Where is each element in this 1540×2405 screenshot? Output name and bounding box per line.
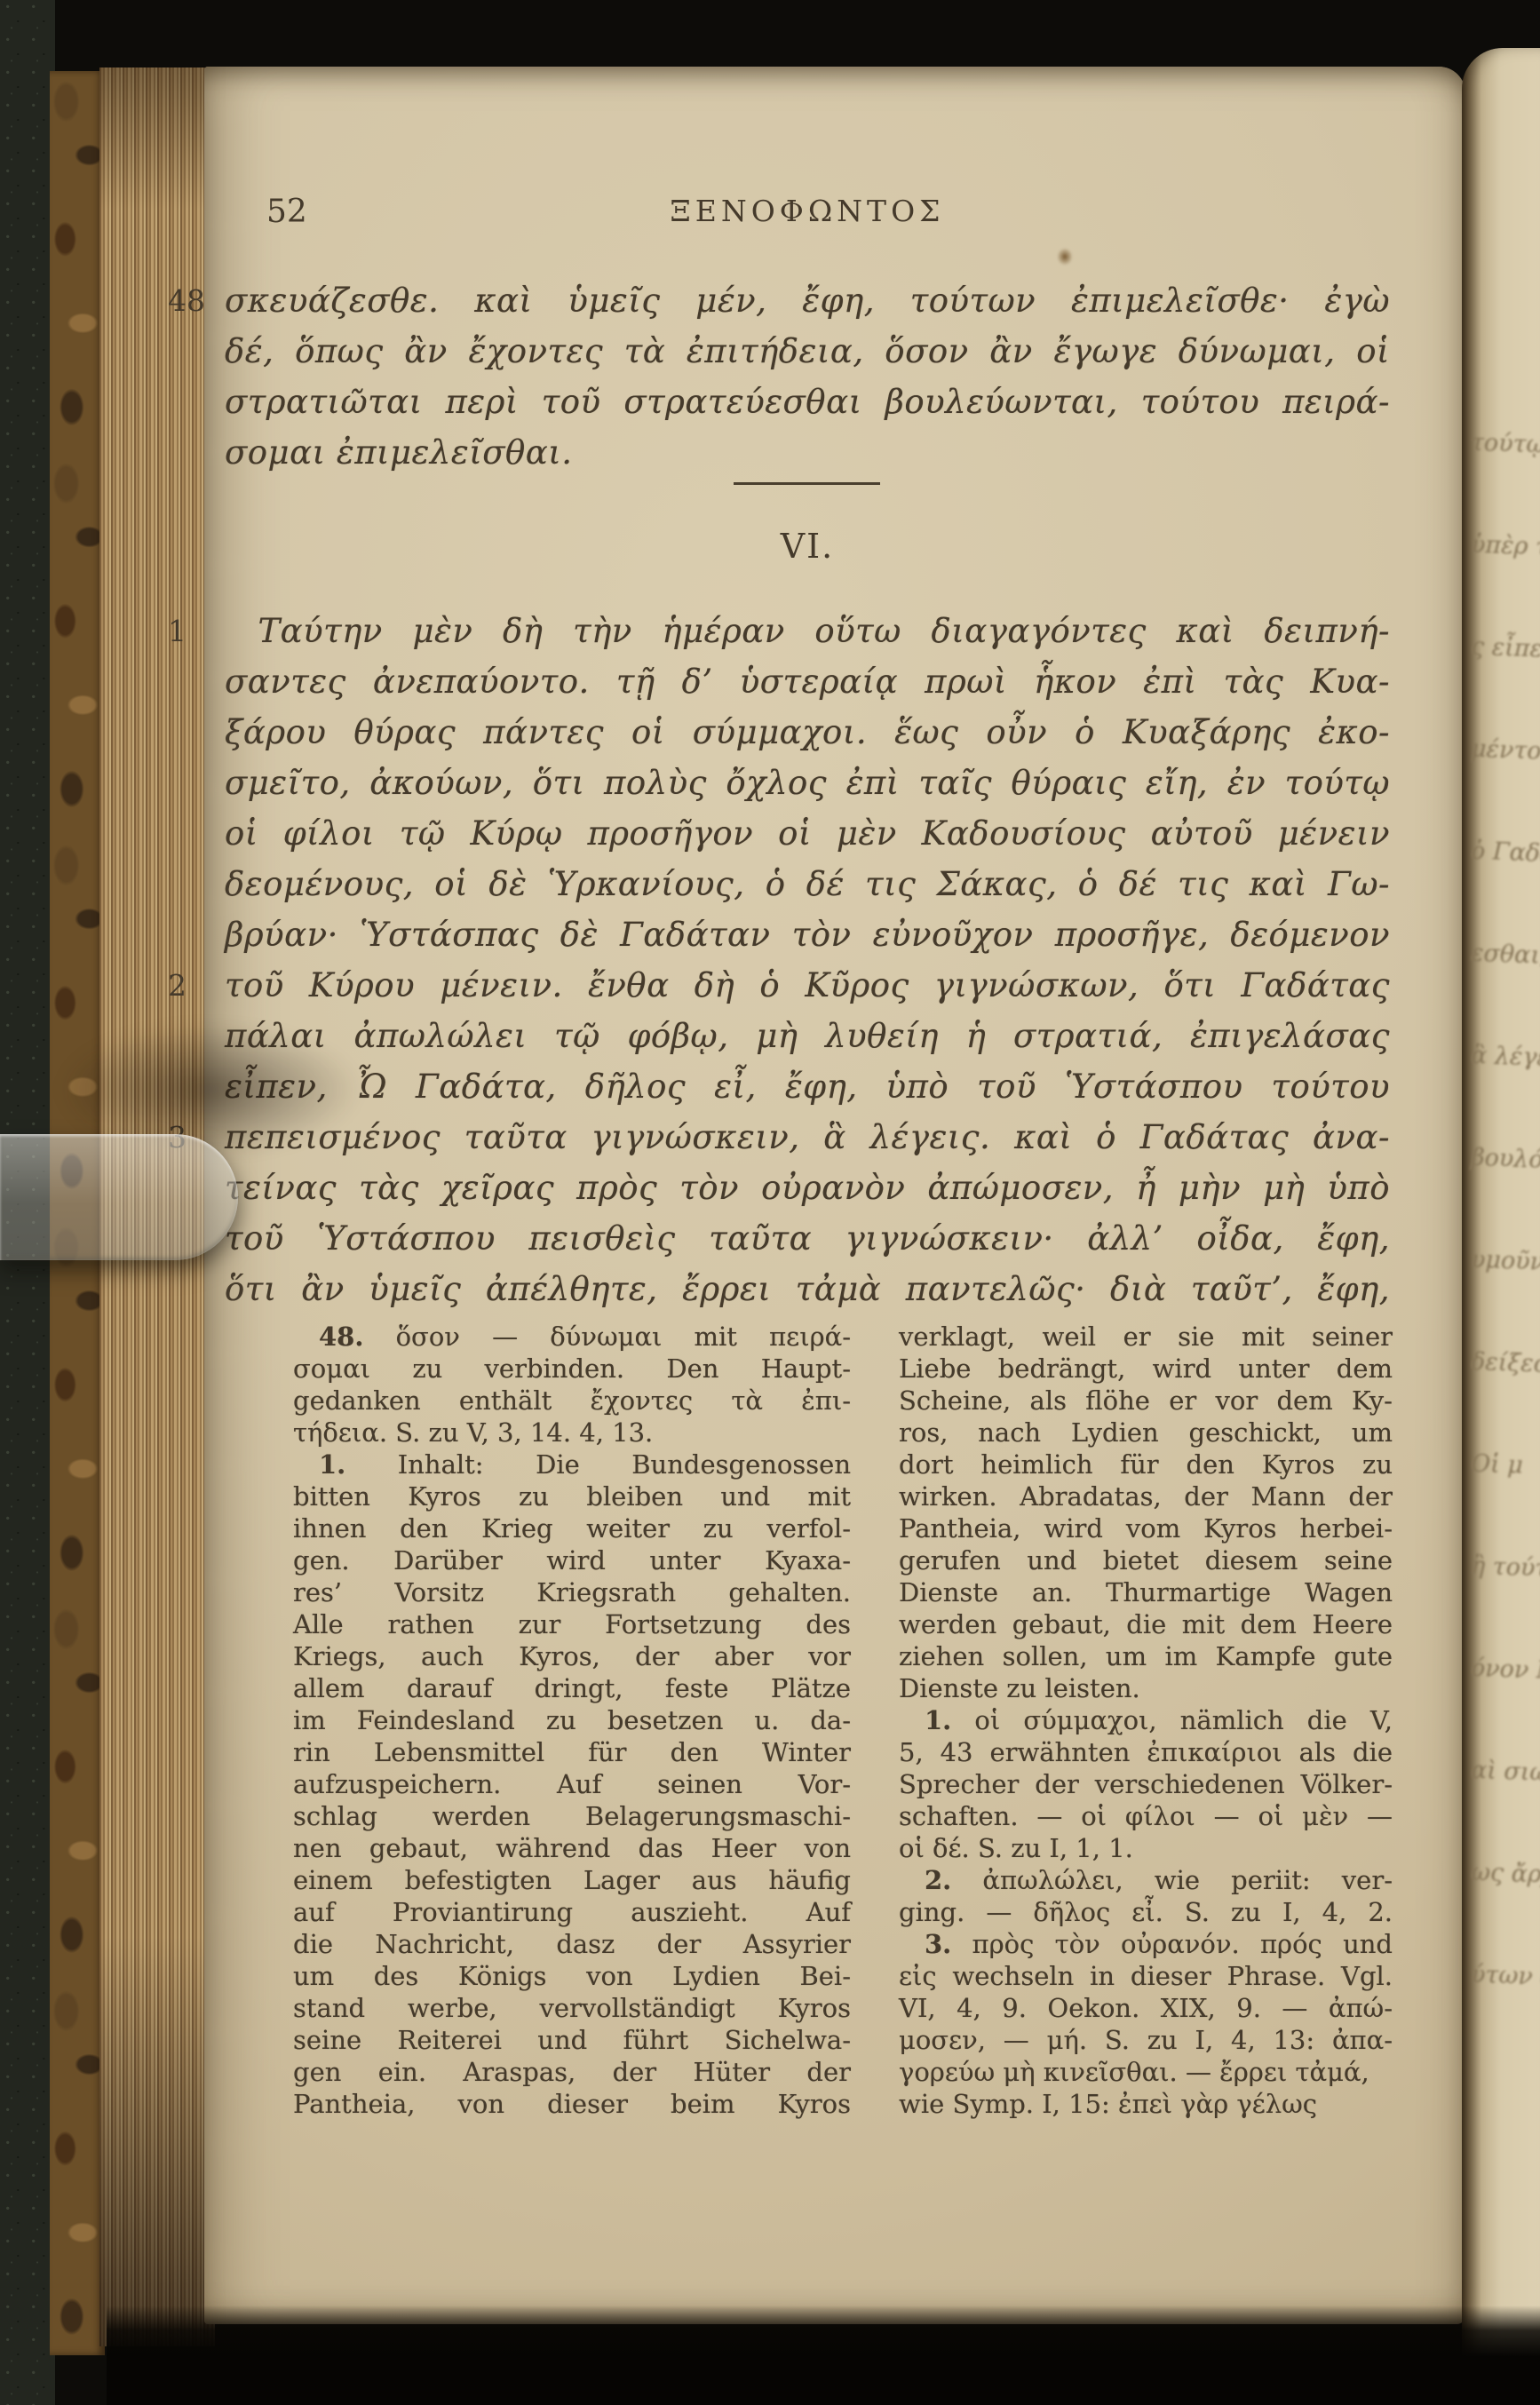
footnote-line: 2. ἀπωλώλει, wie periit: ver- xyxy=(899,1864,1393,1896)
footnote-line-text: ziehen sollen, um im Kampfe gute xyxy=(899,1641,1393,1671)
footnote-line: aufzuspeichern. Auf seinen Vor- xyxy=(293,1768,851,1800)
footnote-column-right: verklagt, weil er sie mit seiner Liebe b… xyxy=(899,1321,1393,2120)
footnote-line: 1. οἱ σύμμαχοι, nämlich die V, xyxy=(899,1704,1393,1736)
footnote-number: 3. xyxy=(899,1929,951,1959)
footnote-line: werden gebaut, die mit dem Heere xyxy=(899,1608,1393,1640)
footnote-line-text: οἱ σύμμαχοι, nämlich die V, xyxy=(951,1705,1393,1735)
footnote-line: 5, 43 erwähnten ἐπικαίριοι als die xyxy=(899,1736,1393,1768)
footnote-line-text: wie Symp. I, 15: ἐπεὶ γὰρ γέλως xyxy=(899,2089,1317,2119)
book-page: 52 ΞΕΝΟΦΩΝΤΟΣ 48σκευάζεσθε. καὶ ὑμεῖς μέ… xyxy=(204,67,1465,2324)
footnote-line-text: Pantheia, wird vom Kyros herbei- xyxy=(899,1513,1393,1544)
footnote-line: Scheine, als flöhe er vor dem Ky- xyxy=(899,1385,1393,1417)
greek-line-text: ξάρου θύρας πάντες οἱ σύμμαχοι. ἕως οὖν … xyxy=(225,713,1390,751)
footnote-line-text: wirken. Abradatas, der Mann der xyxy=(899,1481,1393,1512)
page-number: 52 xyxy=(266,194,307,230)
footnote-line-text: 5, 43 erwähnten ἐπικαίριοι als die xyxy=(899,1737,1393,1767)
facing-page-text-fragment: αὶ σιωπ xyxy=(1470,1757,1540,1787)
footnote-line: im Feindesland zu besetzen u. da- xyxy=(293,1704,851,1736)
facing-page-text-fragment: ὁ Γαδάτᾳ τ xyxy=(1470,837,1540,868)
footnote-line: 1. Inhalt: Die Bundesgenossen xyxy=(293,1449,851,1480)
footnote-line-text: ἀπωλώλει, wie periit: ver- xyxy=(951,1865,1393,1895)
footnote-line: stand werbe, vervollständigt Kyros xyxy=(293,1992,851,2024)
greek-line-text: σμεῖτο, ἀκούων, ὅτι πολὺς ὄχλος ἐπὶ ταῖς… xyxy=(225,764,1390,802)
footnote-line-text: γορεύω μὴ κινεῖσθαι. — ἔρρει τἀμά, xyxy=(899,2057,1369,2087)
facing-page-text: τούτῳ ἐγ ὑπὲρ τῆ ς εἶπεν, Ἀ μέντοι ὑ ὁ Γ… xyxy=(1462,48,1540,1989)
footnote-line: Sprecher der verschiedenen Völker- xyxy=(899,1768,1393,1800)
footnote-line-text: verklagt, weil er sie mit seiner xyxy=(899,1322,1393,1352)
footnote-line-text: σομαι zu verbinden. Den Haupt- xyxy=(293,1353,851,1384)
greek-text-line: πάλαι ἀπωλώλει τῷ φόβῳ, μὴ λυθείη ἡ στρα… xyxy=(225,1011,1390,1061)
greek-text-line: σομαι ἐπιμελεῖσθαι. xyxy=(225,427,1390,478)
footnote-line: gen. Darüber wird unter Kyaxa- xyxy=(293,1544,851,1576)
footnote-line-text: ros, nach Lydien geschickt, um xyxy=(899,1417,1393,1448)
footnote-line-text: stand werbe, vervollständigt Kyros xyxy=(293,1993,851,2023)
facing-page-text-fragment: δείξεσθ xyxy=(1470,1348,1540,1378)
footnote-line: οἱ δέ. S. zu I, 1, 1. xyxy=(899,1832,1393,1864)
footnote-line-text: rin Lebensmittel für den Winter xyxy=(293,1737,851,1767)
footnote-line-text: Scheine, als flöhe er vor dem Ky- xyxy=(899,1385,1393,1416)
footnote-line: auf Proviantirung auszieht. Auf xyxy=(293,1896,851,1928)
footnote-line: εἰς wechseln in dieser Phrase. Vgl. xyxy=(899,1960,1393,1992)
facing-page-text-fragment: ὑπὲρ τῆ xyxy=(1470,531,1540,561)
footnote-line-text: bitten Kyros zu bleiben und mit xyxy=(293,1481,851,1512)
facing-page-text-fragment: ἃ λέγεις; ἔ xyxy=(1470,1042,1540,1072)
footnote-line: schaften. — οἱ φίλοι — οἱ μὲν — xyxy=(899,1800,1393,1832)
footnote-line: VI, 4, 9. Oekon. XIX, 9. — ἀπώ- xyxy=(899,1992,1393,2024)
facing-page-text-fragment: τούτῳ ἐγ xyxy=(1470,429,1540,459)
greek-line-text: τοῦ Κύρου μένειν. ἔνθα δὴ ὁ Κῦρος γιγνώσ… xyxy=(225,966,1390,1004)
bottom-shadow xyxy=(107,2306,1540,2405)
footnote-line-text: Liebe bedrängt, wird unter dem xyxy=(899,1353,1393,1384)
margin-section-number: 48 xyxy=(168,275,214,326)
facing-page-text-fragment: υμοῦντα xyxy=(1470,1246,1540,1276)
footnote-line: einem befestigten Lager aus häufig xyxy=(293,1864,851,1896)
greek-line-text: δεομένους, οἱ δὲ Ὑρκανίους, ὁ δέ τις Σάκ… xyxy=(225,865,1390,903)
footnote-line: res’ Vorsitz Kriegsrath gehalten. xyxy=(293,1576,851,1608)
greek-text-line: οἱ φίλοι τῷ Κύρῳ προσῆγον οἱ μὲν Καδουσί… xyxy=(225,808,1390,859)
greek-line-text: σομαι ἐπιμελεῖσθαι. xyxy=(225,433,573,472)
footnote-line: τήδεια. S. zu V, 3, 14. 4, 13. xyxy=(293,1417,851,1449)
footnote-line-text: gen ein. Araspas, der Hüter der xyxy=(293,2057,851,2087)
greek-text-line: στρατιῶται περὶ τοῦ στρατεύεσθαι βουλεύω… xyxy=(225,377,1390,427)
footnote-line-text: ὅσον — δύνωμαι mit πειρά- xyxy=(363,1322,851,1352)
footnote-line-text: allem darauf dringt, feste Plätze xyxy=(293,1673,851,1703)
footnote-line: 3. πρὸς τὸν οὐρανόν. πρός und xyxy=(899,1928,1393,1960)
facing-page-text-fragment: μέντοι ὑ xyxy=(1470,735,1540,766)
transparent-page-holder-clip xyxy=(0,1134,238,1260)
footnote-line: Dienste an. Thurmartige Wagen xyxy=(899,1576,1393,1608)
footnote-line-text: εἰς wechseln in dieser Phrase. Vgl. xyxy=(899,1961,1393,1991)
footnote-line-text: ihnen den Krieg weiter zu verfol- xyxy=(293,1513,851,1544)
footnote-line: um des Königs von Lydien Bei- xyxy=(293,1960,851,1992)
footnote-line: ros, nach Lydien geschickt, um xyxy=(899,1417,1393,1449)
greek-text-line: δεομένους, οἱ δὲ Ὑρκανίους, ὁ δέ τις Σάκ… xyxy=(225,859,1390,909)
footnote-line-text: Inhalt: Die Bundesgenossen xyxy=(345,1449,851,1480)
footnote-line: Dienste zu leisten. xyxy=(899,1672,1393,1704)
greek-line-text: εἶπεν, Ὦ Γαδάτα, δῆλος εἶ, ἔφη, ὑπὸ τοῦ … xyxy=(225,1068,1390,1106)
greek-text-line: ξάρου θύρας πάντες οἱ σύμμαχοι. ἕως οὖν … xyxy=(225,707,1390,758)
footnote-line-text: Dienste zu leisten. xyxy=(899,1673,1140,1703)
section-divider-rule xyxy=(734,482,880,485)
facing-page-text-fragment: εσθαι, λέ xyxy=(1470,940,1540,970)
greek-line-text: σαντες ἀνεπαύοντο. τῇ δ’ ὑστεραίᾳ πρωὶ ἧ… xyxy=(225,663,1390,701)
facing-page-text-fragment: ύτων ἀ xyxy=(1470,1961,1540,1991)
footnote-line: wirken. Abradatas, der Mann der xyxy=(899,1480,1393,1512)
footnote-line: Liebe bedrängt, wird unter dem xyxy=(899,1353,1393,1385)
footnote-line: γορεύω μὴ κινεῖσθαι. — ἔρρει τἀμά, xyxy=(899,2056,1393,2088)
chapter-heading: VI. xyxy=(781,527,835,566)
footnote-line: rin Lebensmittel für den Winter xyxy=(293,1736,851,1768)
footnote-column-left: 48. ὅσον — δύνωμαι mit πειρά- σομαι zu v… xyxy=(293,1321,851,2120)
footnote-line: 48. ὅσον — δύνωμαι mit πειρά- xyxy=(293,1321,851,1353)
greek-line-text: σκευάζεσθε. καὶ ὑμεῖς μέν, ἔφη, τούτων ἐ… xyxy=(225,282,1390,320)
greek-line-text: ὅτι ἂν ὑμεῖς ἀπέλθητε, ἔρρει τἀμὰ παντελ… xyxy=(225,1270,1390,1308)
footnote-line: dort heimlich für den Kyros zu xyxy=(899,1449,1393,1480)
facing-page-text-fragment: ως ἄρχ xyxy=(1470,1859,1540,1889)
footnote-line: gedanken enthält ἔχοντες τὰ ἐπι- xyxy=(293,1385,851,1417)
footnote-line: allem darauf dringt, feste Plätze xyxy=(293,1672,851,1704)
footnote-line-text: aufzuspeichern. Auf seinen Vor- xyxy=(293,1769,851,1799)
footnote-line-text: Sprecher der verschiedenen Völker- xyxy=(899,1769,1393,1799)
footnote-line-text: im Feindesland zu besetzen u. da- xyxy=(293,1705,851,1735)
footnote-line: wie Symp. I, 15: ἐπεὶ γὰρ γέλως xyxy=(899,2088,1393,2120)
footnote-line: bitten Kyros zu bleiben und mit xyxy=(293,1480,851,1512)
footnote-line-text: Dienste an. Thurmartige Wagen xyxy=(899,1577,1393,1607)
greek-text-line: εἶπεν, Ὦ Γαδάτα, δῆλος εἶ, ἔφη, ὑπὸ τοῦ … xyxy=(225,1061,1390,1112)
greek-text-line: σαντες ἀνεπαύοντο. τῇ δ’ ὑστεραίᾳ πρωὶ ἧ… xyxy=(225,656,1390,707)
footnote-line-text: Pantheia, von dieser beim Kyros xyxy=(293,2089,851,2119)
greek-text-line: 48σκευάζεσθε. καὶ ὑμεῖς μέν, ἔφη, τούτων… xyxy=(225,275,1390,326)
margin-section-number: 1 xyxy=(168,606,214,656)
footnote-line-text: dort heimlich für den Kyros zu xyxy=(899,1449,1393,1480)
footnote-line: gerufen und bietet diesem seine xyxy=(899,1544,1393,1576)
greek-text-line: ὅτι ἂν ὑμεῖς ἀπέλθητε, ἔρρει τἀμὰ παντελ… xyxy=(225,1264,1390,1314)
footnote-line: ihnen den Krieg weiter zu verfol- xyxy=(293,1512,851,1544)
greek-text-line: σμεῖτο, ἀκούων, ὅτι πολὺς ὄχλος ἐπὶ ταῖς… xyxy=(225,758,1390,808)
photo-scene: 52 ΞΕΝΟΦΩΝΤΟΣ 48σκευάζεσθε. καὶ ὑμεῖς μέ… xyxy=(0,0,1540,2405)
footnote-line-text: schaften. — οἱ φίλοι — οἱ μὲν — xyxy=(899,1801,1393,1831)
greek-line-text: βρύαν· Ὑστάσπας δὲ Γαδάταν τὸν εὐνοῦχον … xyxy=(225,916,1390,954)
greek-line-text: τείνας τὰς χεῖρας πρὸς τὸν οὐρανὸν ἀπώμο… xyxy=(225,1169,1390,1207)
footnote-line: ziehen sollen, um im Kampfe gute xyxy=(899,1640,1393,1672)
footnote-line: gen ein. Araspas, der Hüter der xyxy=(293,2056,851,2088)
footnote-line-text: ging. — δῆλος εἶ. S. zu I, 4, 2. xyxy=(899,1897,1393,1927)
footnote-line: ging. — δῆλος εἶ. S. zu I, 4, 2. xyxy=(899,1896,1393,1928)
footnote-line-text: τήδεια. S. zu V, 3, 14. 4, 13. xyxy=(293,1417,653,1448)
footnote-line-text: gerufen und bietet diesem seine xyxy=(899,1545,1393,1576)
footnote-line: Alle rathen zur Fortsetzung des xyxy=(293,1608,851,1640)
footnote-line: Pantheia, wird vom Kyros herbei- xyxy=(899,1512,1393,1544)
greek-line-text: Ταύτην μὲν δὴ τὴν ἡμέραν οὕτω διαγαγόντε… xyxy=(225,612,1390,650)
section-48-paragraph: 48σκευάζεσθε. καὶ ὑμεῖς μέν, ἔφη, τούτων… xyxy=(225,275,1390,478)
footnote-line: schlag werden Belagerungsmaschi- xyxy=(293,1800,851,1832)
foxing-spot xyxy=(1057,248,1073,266)
footnote-line-text: gen. Darüber wird unter Kyaxa- xyxy=(293,1545,851,1576)
greek-line-text: πάλαι ἀπωλώλει τῷ φόβῳ, μὴ λυθείη ἡ στρα… xyxy=(225,1017,1390,1055)
greek-text-line: δέ, ὅπως ἂν ἔχοντες τὰ ἐπιτήδεια, ὅσον ἂ… xyxy=(225,326,1390,377)
facing-page-text-fragment: ἢ τούτῳ xyxy=(1470,1552,1540,1583)
footnote-line-text: die Nachricht, dasz der Assyrier xyxy=(293,1929,851,1959)
footnote-line-text: VI, 4, 9. Oekon. XIX, 9. — ἀπώ- xyxy=(899,1993,1393,2023)
greek-text-line: 2τοῦ Κύρου μένειν. ἔνθα δὴ ὁ Κῦρος γιγνώ… xyxy=(225,960,1390,1011)
footnote-line-text: schlag werden Belagerungsmaschi- xyxy=(293,1801,851,1831)
greek-text-line: 3πεπεισμένος ταῦτα γιγνώσκειν, ἃ λέγεις.… xyxy=(225,1112,1390,1163)
footnote-line: σομαι zu verbinden. Den Haupt- xyxy=(293,1353,851,1385)
footnote-line-text: Kriegs, auch Kyros, der aber vor xyxy=(293,1641,851,1671)
running-header: ΞΕΝΟΦΩΝΤΟΣ xyxy=(671,194,945,228)
footnote-line-text: μοσεν, — μή. S. zu I, 4, 13: ἀπα- xyxy=(899,2025,1393,2055)
footnote-line-text: einem befestigten Lager aus häufig xyxy=(293,1865,851,1895)
greek-text-line: τείνας τὰς χεῖρας πρὸς τὸν οὐρανὸν ἀπώμο… xyxy=(225,1163,1390,1213)
footnote-line-text: οἱ δέ. S. zu I, 1, 1. xyxy=(899,1833,1133,1863)
footnote-line-text: πρὸς τὸν οὐρανόν. πρός und xyxy=(951,1929,1393,1959)
footnote-number: 1. xyxy=(899,1705,951,1735)
footnote-line: Pantheia, von dieser beim Kyros xyxy=(293,2088,851,2120)
footnote-line-text: gedanken enthält ἔχοντες τὰ ἐπι- xyxy=(293,1385,851,1416)
footnote-line: Kriegs, auch Kyros, der aber vor xyxy=(293,1640,851,1672)
footnote-number: 48. xyxy=(293,1322,363,1352)
facing-page-text-fragment: όνον Μ xyxy=(1470,1655,1540,1685)
greek-line-text: στρατιῶται περὶ τοῦ στρατεύεσθαι βουλεύω… xyxy=(225,383,1390,421)
facing-page-edge: τούτῳ ἐγ ὑπὲρ τῆ ς εἶπεν, Ἀ μέντοι ὑ ὁ Γ… xyxy=(1462,48,1540,2405)
footnote-line-text: seine Reiterei und führt Sichelwa- xyxy=(293,2025,851,2055)
greek-text-line: τοῦ Ὑστάσπου πεισθεὶς ταῦτα γιγνώσκειν· … xyxy=(225,1213,1390,1264)
greek-text-line: 1 Ταύτην μὲν δὴ τὴν ἡμέραν οὕτω διαγαγόν… xyxy=(225,606,1390,656)
footnote-line-text: res’ Vorsitz Kriegsrath gehalten. xyxy=(293,1577,851,1607)
footnote-number: 2. xyxy=(899,1865,951,1895)
greek-text-line: βρύαν· Ὑστάσπας δὲ Γαδάταν τὸν εὐνοῦχον … xyxy=(225,909,1390,960)
footnote-line-text: um des Königs von Lydien Bei- xyxy=(293,1961,851,1991)
greek-line-text: δέ, ὅπως ἂν ἔχοντες τὰ ἐπιτήδεια, ὅσον ἂ… xyxy=(225,332,1390,370)
facing-page-text-fragment: ς εἶπεν, Ἀ xyxy=(1470,633,1540,663)
greek-line-text: οἱ φίλοι τῷ Κύρῳ προσῆγον οἱ μὲν Καδουσί… xyxy=(225,814,1390,853)
footnote-line-text: nen gebaut, während das Heer von xyxy=(293,1833,851,1863)
footnote-line: seine Reiterei und führt Sichelwa- xyxy=(293,2024,851,2056)
greek-line-text: τοῦ Ὑστάσπου πεισθεὶς ταῦτα γιγνώσκειν· … xyxy=(225,1219,1390,1258)
greek-line-text: πεπεισμένος ταῦτα γιγνώσκειν, ἃ λέγεις. … xyxy=(225,1118,1390,1156)
footnote-line-text: werden gebaut, die mit dem Heere xyxy=(899,1609,1393,1639)
footnote-line: μοσεν, — μή. S. zu I, 4, 13: ἀπα- xyxy=(899,2024,1393,2056)
footnote-line: nen gebaut, während das Heer von xyxy=(293,1832,851,1864)
footnote-line: die Nachricht, dasz der Assyrier xyxy=(293,1928,851,1960)
footnote-number: 1. xyxy=(293,1449,345,1480)
facing-page-text-fragment: Οἱ μ xyxy=(1470,1450,1540,1480)
chapter-1-paragraph: 1 Ταύτην μὲν δὴ τὴν ἡμέραν οὕτω διαγαγόν… xyxy=(225,606,1390,1314)
footnote-line-text: Alle rathen zur Fortsetzung des xyxy=(293,1609,851,1639)
footnote-line-text: auf Proviantirung auszieht. Auf xyxy=(293,1897,851,1927)
margin-section-number: 2 xyxy=(168,960,214,1011)
footnote-line: verklagt, weil er sie mit seiner xyxy=(899,1321,1393,1353)
facing-page-text-fragment: βουλόμην xyxy=(1470,1144,1540,1174)
